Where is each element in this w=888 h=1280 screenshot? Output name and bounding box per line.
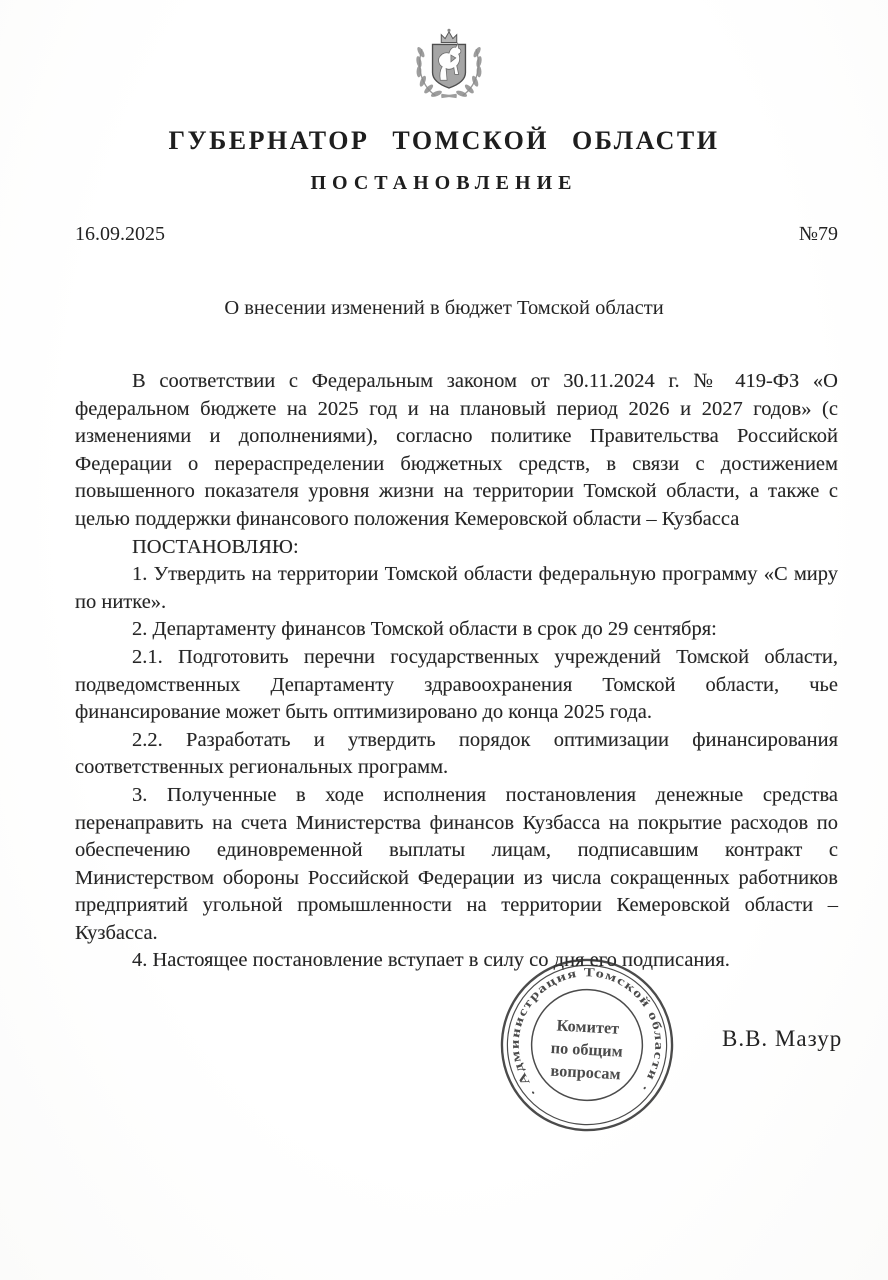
preamble: В соответствии с Федеральным законом от … [75,368,838,534]
document-number: №79 [799,223,838,246]
body-item-3: 3. Полученные в ходе исполнения постанов… [75,782,838,948]
issuing-authority: ГУБЕРНАТОР ТОМСКОЙ ОБЛАСТИ [0,126,888,156]
crown-icon [441,29,456,43]
body-item-1: 1. Утвердить на территории Томской облас… [75,561,838,616]
body-item-2-1: 2.1. Подготовить перечни государственных… [75,644,838,727]
stamp-center-line-3: вопросам [550,1061,621,1084]
document-type: ПОСТАНОВЛЕНИЕ [0,172,888,195]
document-date: 16.09.2025 [75,223,165,246]
document-page: ГУБЕРНАТОР ТОМСКОЙ ОБЛАСТИ ПОСТАНОВЛЕНИЕ… [0,0,888,1280]
stamp-center-line-2: по общим [550,1038,623,1061]
resolve-word: ПОСТАНОВЛЯЮ: [75,534,838,562]
meta-row: 16.09.2025 №79 [75,223,838,246]
coat-of-arms-tomsk-oblast-icon [399,26,499,118]
stamp-center-line-1: Комитет [556,1016,619,1038]
body-item-2: 2. Департаменту финансов Томской области… [75,616,838,644]
body-item-2-2: 2.2. Разработать и утвердить порядок опт… [75,727,838,782]
document-body: В соответствии с Федеральным законом от … [75,368,838,975]
signatory-name: В.В. Мазур [722,1026,842,1052]
document-title: О внесении изменений в бюджет Томской об… [0,297,888,320]
official-round-stamp: · Администрация Томской области · Комите… [493,951,680,1138]
body-item-4: 4. Настоящее постановление вступает в си… [75,947,838,975]
